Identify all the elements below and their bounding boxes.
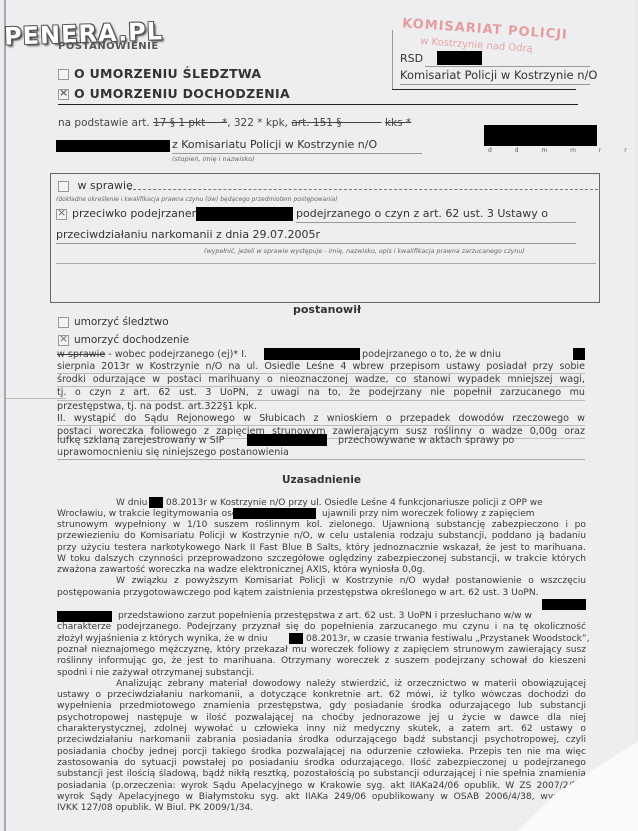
decision-line: środki odurzające w postaci marihuany o … bbox=[57, 374, 585, 387]
checked-checkbox-icon bbox=[58, 335, 69, 346]
justification-line: zastosowania do sytuacji powstałej po po… bbox=[57, 758, 586, 769]
justification-line: przeciwdziałaniu narkomanii zabrania pos… bbox=[57, 735, 586, 746]
struck-text: kks * bbox=[385, 117, 411, 129]
justification-paragraph: charakterze podejrzanego. Podejrzany prz… bbox=[57, 622, 586, 633]
decision-line: lufkę szklaną zarejestrowany w SIP bbox=[57, 435, 224, 446]
w-sprawie-label: w sprawie bbox=[78, 179, 133, 192]
redacted-text bbox=[57, 611, 112, 622]
underline bbox=[56, 263, 596, 264]
option-label: umorzyć dochodzenie bbox=[74, 334, 189, 346]
justification-paragraph: poznał nieznajomego mężczyznę, który prz… bbox=[57, 645, 586, 814]
divider bbox=[58, 104, 278, 105]
redacted-text bbox=[542, 599, 586, 610]
officer-caption: (stopień, imię i nazwisko) bbox=[172, 155, 255, 163]
justification-line: 08.2013r, w czasie trwania festiwalu „Pr… bbox=[306, 634, 590, 644]
checkbox-icon bbox=[58, 181, 69, 192]
justification-paragraph: strunowym wypełniony w 1/10 suszem rośli… bbox=[57, 520, 586, 599]
justification-line: przedstawiono zarzut popełnienia przestę… bbox=[118, 611, 532, 621]
decision-line: uprawomocnieniu się niniejszego postanow… bbox=[57, 447, 289, 458]
struck-text: w sprawie bbox=[57, 349, 105, 360]
basis-mid: , 322 * kpk, bbox=[227, 117, 288, 129]
checkbox-icon bbox=[58, 317, 69, 328]
decision-line: w sprawie - wobec podejrzanego (ej)* I. bbox=[57, 349, 247, 360]
justification-line: charakterze podejrzanego. Podejrzany prz… bbox=[57, 622, 586, 633]
justification-line: W związku z powyższym Komisariat Policji… bbox=[57, 576, 586, 587]
przeciwko-charge: podejrzanego o czyn z art. 62 ust. 3 Ust… bbox=[296, 207, 548, 220]
dashed-line bbox=[128, 189, 598, 190]
underline bbox=[400, 84, 590, 85]
decision-line: przechowywane w aktach sprawy po bbox=[338, 435, 514, 446]
checked-checkbox-icon bbox=[58, 89, 69, 100]
option-label: umorzyć śledztwo bbox=[74, 316, 169, 328]
redacted-officer-name bbox=[56, 140, 170, 152]
justification-line: wypełnienia przedmiotowego znamienia prz… bbox=[57, 701, 586, 712]
divider bbox=[392, 89, 576, 90]
redacted-suspect-name bbox=[264, 348, 360, 360]
checked-checkbox-icon bbox=[56, 209, 67, 220]
decision-line: przestępstwa, tj. na podst. art.322§1 kp… bbox=[57, 401, 585, 413]
przeciwko-line-2: przeciwdziałaniu narkomanii z dnia 29.07… bbox=[56, 228, 320, 241]
justification-heading: Uzasadnienie bbox=[282, 474, 361, 486]
rsd-label: RSD bbox=[400, 52, 423, 65]
officer-unit: z Komisariatu Policji w Kostrzynie n/O bbox=[172, 138, 377, 151]
justification-line: przewiezieniu do Komisariatu Policji w K… bbox=[57, 531, 586, 542]
justification-line: posiadania (p.orzeczenia: wyrok Sądu Ape… bbox=[57, 781, 586, 792]
justification-line: ustawy o przeciwdziałaniu narkomanii, a … bbox=[57, 690, 586, 701]
unit-name: Komisariat Policji w Kostrzynie n/O bbox=[400, 68, 597, 82]
decision-text: - wobec podejrzanego (ej)* I. bbox=[108, 349, 247, 360]
underline bbox=[56, 243, 576, 244]
justification-line: W dniu bbox=[116, 498, 147, 508]
justification-line: złożył wyjaśnienia z których wynika, że … bbox=[57, 634, 268, 644]
redacted-suspect-name bbox=[196, 207, 293, 221]
justification-line: zważona zawartość woreczka na wadze elek… bbox=[57, 565, 586, 576]
redacted-person-name bbox=[233, 508, 316, 519]
option-dochodzenia: O UMORZENIU DOCHODZENIA bbox=[58, 86, 290, 101]
checkbox-icon bbox=[58, 69, 69, 80]
redacted-sip-number bbox=[247, 434, 327, 446]
justification-line: W toku dalszych czynności przeprowadzono… bbox=[57, 554, 586, 565]
justification-line: wyrok Sądy Apelacyjnego w Białymstoku sy… bbox=[57, 792, 586, 803]
underline bbox=[425, 66, 590, 67]
justification-line: ujawnili przy nim woreczek foliowy z zap… bbox=[322, 509, 535, 519]
justification-line: substancji jest ilością śladową, bądź ni… bbox=[57, 769, 586, 780]
document-title: POSTANOWIENIE bbox=[58, 41, 159, 52]
justification-line: spodni i nie zażywał otrzymanej substanc… bbox=[57, 668, 586, 679]
date-caption: d d m m r r r r bbox=[488, 147, 638, 154]
decision-option-dochodzenie: umorzyć dochodzenie bbox=[58, 334, 189, 346]
redacted-day bbox=[149, 497, 163, 508]
option-label: O UMORZENIU ŚLEDZTWA bbox=[74, 66, 261, 81]
justification-line: poznał nieznajomego mężczyznę, który prz… bbox=[57, 645, 586, 656]
redacted-day bbox=[573, 348, 585, 360]
justification-line: strunowym wypełniony w 1/10 suszem rośli… bbox=[57, 520, 586, 531]
w-sprawie-option: w sprawie bbox=[58, 179, 133, 192]
justification-line: Wrocławiu, w trakcie legitymowania osoby bbox=[57, 509, 248, 519]
justification-line: psychotropowej następuje w ilość pozwala… bbox=[57, 713, 586, 724]
redacted-date bbox=[484, 125, 597, 146]
struck-text: 17 § 1 pkt bbox=[153, 117, 205, 129]
redacted-rsd-number bbox=[437, 51, 482, 65]
justification-line: roślinny informując go, że jest to marih… bbox=[57, 656, 586, 667]
justification-line: posiadania choćby jednej porcji takiego … bbox=[57, 747, 586, 758]
decision-line: tj. o czyn z art. 62 ust. 3 UoPN, z uwag… bbox=[57, 387, 585, 400]
legal-basis-line: na podstawie art. 17 § 1 pkt *, 322 * kp… bbox=[58, 117, 411, 129]
justification-line: 08.2013r w Kostrzynie n/O przy ul. Osied… bbox=[166, 498, 543, 508]
justification-line: charakterystycznej, zdolnej wywołać u cz… bbox=[57, 724, 586, 735]
justification-line: Analizując zebrany materiał dowodowy nal… bbox=[57, 679, 586, 690]
justification-line: IVKK 127/08 opublik. W Biul. PK 2009/1/3… bbox=[57, 803, 586, 814]
underline bbox=[172, 153, 422, 154]
decision-line: sierpnia 2013r w Kostrzynie n/O na ul. O… bbox=[57, 361, 585, 374]
justification-line: przy użyciu testera narkotykowego Nark I… bbox=[57, 543, 586, 554]
decision-paragraph: sierpnia 2013r w Kostrzynie n/O na ul. O… bbox=[57, 361, 585, 439]
decision-line: podejrzanego o to, że w dniu bbox=[362, 349, 501, 360]
underline bbox=[296, 222, 576, 223]
redacted-day bbox=[289, 633, 303, 644]
option-sledztwa: O UMORZENIU ŚLEDZTWA bbox=[58, 66, 261, 81]
decision-option-sledztwo: umorzyć śledztwo bbox=[58, 316, 169, 328]
basis-prefix: na podstawie art. bbox=[58, 117, 150, 129]
underline bbox=[57, 459, 585, 460]
przeciwko-caption: (wypełnić, jeżeli w sprawie występuje - … bbox=[204, 248, 525, 255]
decision-line: II. wystąpić do Sądu Rejonowego w Słubic… bbox=[57, 413, 585, 426]
divider bbox=[278, 104, 578, 105]
justification-line: postępowania przygotowawczego pod kątem … bbox=[57, 588, 586, 599]
w-sprawie-caption: (dokładne określenie i kwalifikacja praw… bbox=[56, 196, 338, 203]
option-label: O UMORZENIU DOCHODZENIA bbox=[74, 86, 290, 101]
struck-text: art. 151 § bbox=[291, 117, 341, 129]
decision-heading: postanowił bbox=[293, 303, 361, 316]
